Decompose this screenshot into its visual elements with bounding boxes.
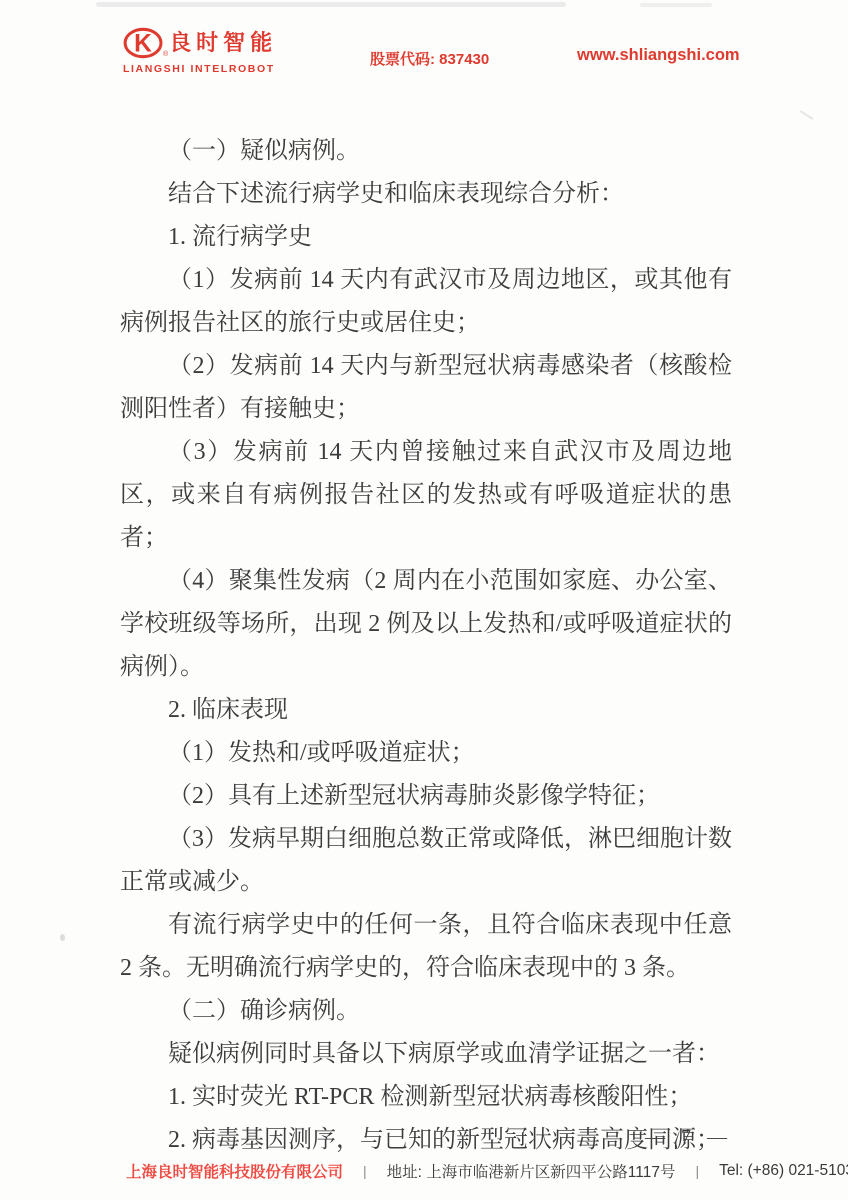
body-paragraph: 2. 病毒基因测序，与已知的新型冠状病毒高度同源；	[120, 1119, 732, 1162]
brand-name-cn: 良时智能	[169, 32, 277, 54]
footer-separator: |	[695, 1163, 699, 1179]
body-paragraph: （3）发病早期白细胞总数正常或降低，淋巴细胞计数正常或减少。	[120, 818, 732, 904]
registered-mark: ®	[163, 51, 168, 58]
scan-artifact	[640, 3, 712, 7]
body-paragraph: （一）疑似病例。	[120, 130, 732, 173]
stock-code: 股票代码: 837430	[370, 48, 489, 69]
document-page: K ® 良时智能 LIANGSHI INTELROBOT 股票代码: 83743…	[0, 0, 848, 1200]
footer-telephone: Tel: (+86) 021-51035200	[719, 1162, 848, 1180]
page-number: — 7 —	[645, 1126, 727, 1149]
brand-name-en: LIANGSHI INTELROBOT	[123, 63, 273, 75]
document-body: （一）疑似病例。 结合下述流行病学史和临床表现综合分析： 1. 流行病学史 （1…	[120, 130, 732, 1162]
body-paragraph: （3）发病前 14 天内曾接触过来自武汉市及周边地区，或来自有病例报告社区的发热…	[120, 431, 732, 560]
body-paragraph: （2）发病前 14 天内与新型冠状病毒感染者（核酸检测阳性者）有接触史；	[120, 345, 732, 431]
body-paragraph: 疑似病例同时具备以下病原学或血清学证据之一者：	[120, 1033, 732, 1076]
body-paragraph: 有流行病学史中的任何一条，且符合临床表现中任意 2 条。无明确流行病学史的，符合…	[120, 904, 732, 990]
footer-address: 地址: 上海市临港新片区新四平公路1117号	[387, 1160, 676, 1182]
website-url: www.shliangshi.com	[577, 46, 740, 65]
svg-text:K: K	[134, 31, 152, 58]
body-paragraph: （1）发病前 14 天内有武汉市及周边地区，或其他有病例报告社区的旅行史或居住史…	[120, 259, 732, 345]
scan-artifact	[60, 934, 65, 941]
body-paragraph: （2）具有上述新型冠状病毒肺炎影像学特征；	[120, 775, 732, 818]
body-paragraph: 1. 实时荧光 RT-PCR 检测新型冠状病毒核酸阳性；	[120, 1076, 732, 1119]
company-header: K ® 良时智能 LIANGSHI INTELROBOT	[123, 26, 273, 75]
footer-company-name: 上海良时智能科技股份有限公司	[126, 1160, 343, 1182]
body-paragraph: 1. 流行病学史	[120, 216, 732, 259]
footer-separator: |	[363, 1163, 367, 1179]
scan-artifact	[96, 2, 566, 7]
body-paragraph: （二）确诊病例。	[120, 990, 732, 1033]
scan-artifact	[800, 110, 814, 120]
page-number-dash: —	[707, 1126, 727, 1149]
body-paragraph: （1）发热和/或呼吸道症状；	[120, 732, 732, 775]
body-paragraph: 2. 临床表现	[120, 689, 732, 732]
body-paragraph: 结合下述流行病学史和临床表现综合分析：	[120, 173, 732, 216]
document-footer: 上海良时智能科技股份有限公司 | 地址: 上海市临港新片区新四平公路1117号 …	[126, 1160, 726, 1182]
company-logo: K ® 良时智能 LIANGSHI INTELROBOT	[123, 26, 273, 75]
page-number-dash: —	[645, 1126, 665, 1149]
page-number-value: 7	[681, 1126, 691, 1149]
body-paragraph: （4）聚集性发病（2 周内在小范围如家庭、办公室、学校班级等场所，出现 2 例及…	[120, 560, 732, 689]
logo-k-icon: K	[123, 26, 165, 60]
